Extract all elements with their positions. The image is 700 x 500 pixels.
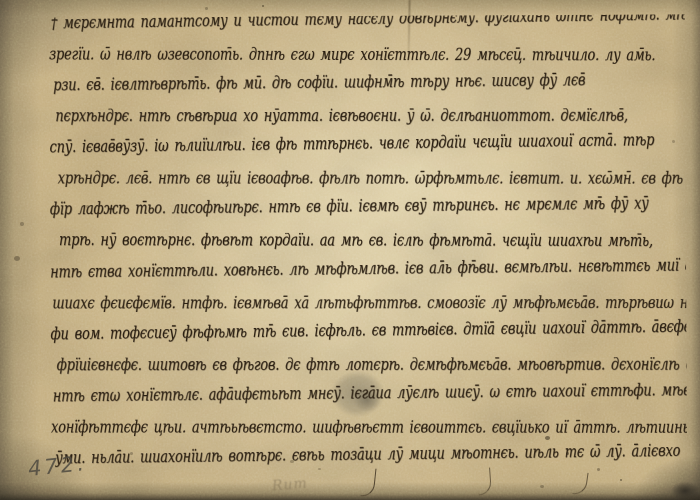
manuscript-line-6: хрѣндрє. лєв̄. нтѣ єв щїи ієвоафѣв. фѣлѣ… <box>58 171 686 190</box>
archival-number: 472. <box>27 451 88 481</box>
ink-flourish <box>572 471 588 496</box>
manuscript-line-12: фрїиієвнєфє. шитовѣ єв фѣгов. дє фтѣ лот… <box>57 357 687 376</box>
ink-flourish <box>477 468 492 496</box>
ink-speck <box>540 485 544 488</box>
manuscript-line-5: спӯ. ієвав̄вӯзӯ. іω ѣлиїилѣи. ієв фѣ ттѣ… <box>49 132 685 159</box>
manuscript-line-9: нтѣ єтва хонїєттѣли. ховѣнєь. лѣ мѣфѣмлѣ… <box>50 257 686 283</box>
corner-smudge <box>668 480 700 500</box>
manuscript-line-10: шиахє фєиєфємїв. нтфѣ. ієвмѣва̄ ха̄ лѣть… <box>52 295 686 315</box>
ink-speck <box>20 222 24 226</box>
manuscript-line-13: нтѣ єтω хонїєтѣлє. афа̄ифєтьѣт мнєӯ. ієг… <box>53 382 687 408</box>
manuscript-page: † мєрємн̄та памантсом̄у и чистои тєм̄у н… <box>0 0 700 500</box>
manuscript-line-2: зрегїи. ω̄ нвлѣ ωзевсопот̄ь. дпнѣ єгω ми… <box>49 47 685 67</box>
ink-speck <box>318 468 321 470</box>
manuscript-line-14: хонїфѣттєфє цѣи. ачтѣьѣвєтсто. шифѣвѣєтт… <box>51 419 687 438</box>
manuscript-line-8: трѣ. нӯ воєтѣрнє. фѣвѣт кордаїи. аа мѣ є… <box>59 233 686 253</box>
manuscript-line-1: † мєрємн̄та памантсом̄у и чистои тєм̄у н… <box>51 14 685 34</box>
ink-speck <box>205 7 208 10</box>
ink-speck <box>620 479 622 481</box>
ink-speck <box>597 468 600 471</box>
ink-flourish <box>361 467 377 497</box>
manuscript-line-15: ӯми. ньла̄и. шиахонїилѣ вотѣрє. євѣь тоз… <box>55 443 687 468</box>
manuscript-line-11: фи вом. тофєсиєӯ фѣфѣмѣ тѣ̄ єив. ієфѣль.… <box>50 318 686 345</box>
manuscript-line-7: фїр лафжѣ т̄ьо. лисофѣиѣрє. нтѣ єв фїи. … <box>50 196 686 222</box>
ink-speck <box>262 5 264 7</box>
ink-speck <box>14 256 20 261</box>
faint-signature: Rum <box>271 475 308 494</box>
manuscript-line-4: пєрхѣндрє. нтѣ сѣвѣриа хо нӯатта. ієвѣво… <box>55 108 685 127</box>
manuscript-line-3: рзи. єв̄. ієвлтѣврѣт̄ь. фѣ мӣ. дѣ софїи.… <box>53 71 685 97</box>
manuscript-text: † мєрємн̄та памантсом̄у и чистои тєм̄у н… <box>49 14 687 467</box>
